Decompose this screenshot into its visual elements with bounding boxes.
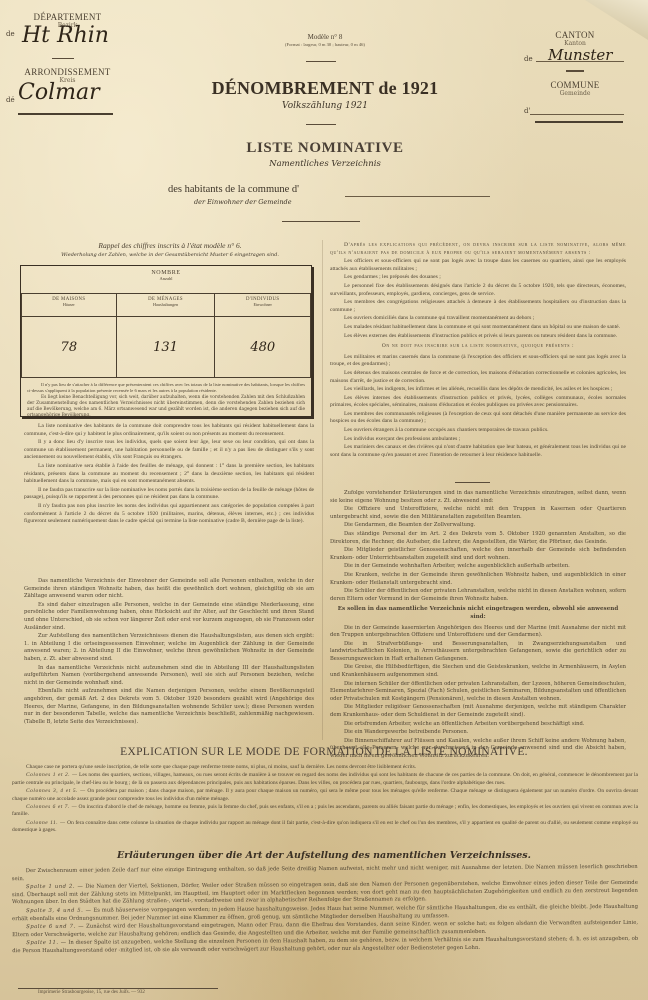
- commune-block: COMMUNE Gemeinde: [525, 80, 625, 97]
- explanation-text: Les noms des quartiers, sections, villag…: [12, 772, 638, 785]
- paragraph: Die Greise, die Hilfsbedürftigen, die Si…: [330, 664, 626, 679]
- paragraph: In das namentliche Verzeichnis nicht auf…: [24, 665, 314, 688]
- departement-label: DÉPARTEMENT: [20, 12, 115, 22]
- explanation-paragraph: Colonne 11. — On fera connaître dans cet…: [12, 820, 638, 835]
- explanation-text: On fera connaître dans cette colonne la …: [12, 820, 638, 833]
- paragraph: Les vieillards, les indigents, les infir…: [330, 386, 626, 394]
- column-reference: Colonnes 6 et 7. —: [26, 804, 77, 810]
- explanation-paragraph: Spalte 11. — In dieser Spalte ist anzuge…: [12, 936, 638, 956]
- rappel-box: NOMBRE Anzahl DE MAISONSHäuserDE MÉNAGES…: [20, 265, 312, 417]
- left-german-text: Das namentliche Verzeichnis der Einwohne…: [24, 578, 314, 727]
- paragraph: Die Mitglieder geistlicher Genossenschaf…: [330, 547, 626, 562]
- divider: [18, 988, 218, 989]
- commune-sublabel: Gemeinde: [525, 90, 625, 97]
- column-reference: Colonnes 3, 4 et 5. —: [26, 788, 86, 794]
- paragraph: Die Offiziere und Unteroffiziere, welche…: [330, 506, 626, 521]
- rappel-value-cell[interactable]: 131: [116, 317, 215, 378]
- paragraph: Il ne faudra pas transcrire sur la liste…: [24, 487, 314, 502]
- paragraph: Die Schüler der öffentlichen oder privat…: [330, 588, 626, 603]
- paragraph: Les malades résidant habituellement dans…: [330, 324, 626, 332]
- right-intro-german: Zufolge vorstehender Erläuterungen sind …: [330, 490, 626, 505]
- explanation-paragraph: Colonnes 1 et 2. — Les noms des quartier…: [12, 772, 638, 787]
- paragraph: Die in der Gemeinde kasernierten Angehör…: [330, 625, 626, 640]
- paragraph: Les élèves internes des établissements d…: [330, 395, 626, 410]
- explanation-text: Die Namen der Viertel, Sektionen, Dörfer…: [12, 880, 638, 906]
- rappel-note-fr: Il n'y pas lieu de s'attacher à la diffé…: [27, 382, 305, 394]
- right-intro: D'après les explications qui précèdent, …: [330, 242, 626, 257]
- rappel-column-header: DE MAISONSHäuser: [22, 294, 117, 317]
- rappel-value[interactable]: 78: [61, 340, 78, 355]
- page-title-german: Volkszählung 1921: [200, 101, 450, 111]
- paragraph: Les individus exerçant des professions a…: [330, 436, 626, 444]
- divider: [566, 70, 584, 72]
- arrondissement-prefix: dé: [6, 96, 15, 104]
- explication-text: Chaque case ne portera qu'une seule insc…: [12, 764, 638, 836]
- divider: [18, 113, 113, 115]
- explanation-paragraph: Chaque case ne portera qu'une seule insc…: [12, 764, 638, 771]
- paragraph: La liste nominative des habitants de la …: [24, 423, 314, 438]
- canton-prefix: de: [524, 55, 533, 63]
- divider: [282, 221, 360, 222]
- habitants-label-german: der Einwohner der Gemeinde: [194, 198, 292, 206]
- explanation-text: Chaque case ne portera qu'une seule insc…: [26, 764, 416, 770]
- arrondissement-label: ARRONDISSEMENT: [20, 67, 115, 77]
- include-list: Les officiers et sous-officiers qui ne s…: [330, 258, 626, 340]
- column-reference: Spalte 1 und 2. —: [26, 884, 84, 890]
- paragraph: Les membres des communautés religieuses …: [330, 411, 626, 426]
- paragraph: Les mariniers des canaux et des rivières…: [330, 444, 626, 459]
- column-reference: Spalte 11. —: [26, 940, 66, 946]
- paragraph: Les détenus des maisons centrales de for…: [330, 370, 626, 385]
- paragraph: Les ouvriers étrangers à la commune occu…: [330, 427, 626, 435]
- canton-label: CANTON: [525, 30, 625, 40]
- nombre-header: NOMBRE Anzahl: [22, 266, 311, 294]
- right-french-text: D'après les explications qui précèdent, …: [330, 242, 626, 460]
- departement-prefix: de: [6, 30, 15, 38]
- paragraph: Die Kranken, welche in der Gemeinde ihre…: [330, 572, 626, 587]
- divider: [535, 121, 623, 123]
- explanation-paragraph: Colonnes 6 et 7. — On inscrira d'abord l…: [12, 804, 638, 819]
- exclude-list: Les militaires et marins casernés dans l…: [330, 354, 626, 460]
- rappel-value[interactable]: 131: [153, 340, 178, 355]
- paragraph: Die ein Wandergewerbe betreibende Person…: [330, 729, 626, 737]
- paragraph: Zur Aufstellung des namentlichen Verzeic…: [24, 633, 314, 663]
- modele-label: Modèle n° 8: [200, 33, 450, 41]
- arrondissement-value[interactable]: Colmar: [18, 80, 100, 105]
- paragraph: Ebenfalls nicht aufzunehmen sind die Nam…: [24, 688, 314, 726]
- habitants-label: des habitants de la commune d': [168, 184, 299, 195]
- divider: [306, 124, 336, 125]
- modele-format: (Format : largeur, 0 m 30 ; hauteur, 0 m…: [200, 42, 450, 47]
- divider: [306, 61, 336, 62]
- paper-crease: [322, 240, 323, 740]
- liste-title-german: Namentliches Verzeichnis: [200, 159, 450, 169]
- paragraph: Il y a donc lieu d'y inscrire tous les i…: [24, 439, 314, 462]
- modele-block: Modèle n° 8 (Format : largeur, 0 m 30 ; …: [200, 33, 450, 47]
- explanation-text: Der Zwischenraum einer jeden Zeile darf …: [12, 864, 638, 882]
- rappel-note-de: Es liegt keine Benachteiligung vor, sich…: [27, 395, 305, 419]
- explanation-paragraph: Colonnes 3, 4 et 5. — On procédera par m…: [12, 788, 638, 803]
- exclude-title: On ne doit pas inscrire sur la liste nom…: [330, 343, 626, 351]
- liste-title: LISTE NOMINATIVE: [150, 140, 500, 157]
- rappel-notes: Il n'y pas lieu de s'attacher à la diffé…: [21, 378, 311, 419]
- paragraph: Die in der Gemeinde wohnhaften Arbeiter,…: [330, 563, 626, 571]
- paragraph: Das namentliche Verzeichnis der Einwohne…: [24, 578, 314, 601]
- paragraph: Es sind daher einzutragen alle Personen,…: [24, 602, 314, 632]
- paragraph: Les militaires et marins casernés dans l…: [330, 354, 626, 369]
- paragraph: Le personnel fixe des établissements dés…: [330, 283, 626, 298]
- paragraph: Les officiers et sous-officiers qui ne s…: [330, 258, 626, 273]
- divider: [52, 58, 74, 59]
- departement-value[interactable]: Ht Rhin: [22, 23, 109, 48]
- column-reference: Colonne 11. —: [26, 820, 66, 826]
- printer-imprint: Imprimerie Strasbourgeoise, 15, rue des …: [38, 990, 145, 995]
- explanation-text: On procédera par maison ; dans chaque ma…: [12, 788, 638, 801]
- paragraph: Il n'y faudra pas non plus inscrire les …: [24, 503, 314, 526]
- column-reference: Spalte 3, 4 und 5. —: [26, 908, 92, 914]
- liste-commune-field[interactable]: [345, 196, 490, 197]
- commune-field[interactable]: [530, 114, 624, 115]
- paragraph: Das ständige Personal der im Art. 2 des …: [330, 531, 626, 546]
- paragraph: La liste nominative sera établie à l'aid…: [24, 463, 314, 486]
- rappel-value-cell[interactable]: 480: [215, 317, 311, 378]
- nombre-label-german: Anzahl: [23, 276, 310, 281]
- commune-label: COMMUNE: [525, 80, 625, 90]
- paragraph: Die Gendarmen, die Beamten der Zollverwa…: [330, 522, 626, 530]
- column-reference: Colonnes 1 et 2. —: [26, 772, 78, 778]
- column-reference: Spalte 6 und 7. —: [26, 924, 84, 930]
- exclude-title-german: Es sollen in das namentliche Verzeichnis…: [330, 606, 626, 621]
- rappel-title-german: Wiederholung der Zahlen, welche in der G…: [20, 252, 320, 258]
- paragraph: Les ouvriers domiciliés dans la commune …: [330, 315, 626, 323]
- paragraph: Die in Strafverbüßungs- und Besserungsan…: [330, 641, 626, 664]
- census-form-page: DÉPARTEMENT Bezirk de Ht Rhin ARRONDISSE…: [0, 0, 648, 1000]
- erlaeuterungen-title: Erläuterungen über die Art der Aufstellu…: [40, 850, 608, 861]
- rappel-table: NOMBRE Anzahl DE MAISONSHäuserDE MÉNAGES…: [21, 266, 311, 378]
- rappel-value-cell[interactable]: 78: [22, 317, 117, 378]
- include-list-german: Die Offiziere und Unteroffiziere, welche…: [330, 506, 626, 603]
- rappel-value[interactable]: 480: [250, 340, 275, 355]
- paragraph: Les membres des congrégations religieuse…: [330, 299, 626, 314]
- divider: [455, 482, 490, 483]
- canton-value[interactable]: Munster: [548, 46, 612, 64]
- paragraph: Les élèves externes des établissements d…: [330, 333, 626, 341]
- explanation-text: On inscrira d'abord le chef de ménage, h…: [12, 804, 638, 817]
- paragraph: Die ortsfremden Arbeiter, welche an öffe…: [330, 721, 626, 729]
- explanation-paragraph: Spalte 1 und 2. — Die Namen der Viertel,…: [12, 880, 638, 907]
- column-label-german: Einwohner: [216, 302, 309, 307]
- left-french-text: La liste nominative des habitants de la …: [24, 423, 314, 527]
- paragraph: Die Mitglieder religiöser Genossenschaft…: [330, 704, 626, 719]
- rappel-title: Rappel des chiffres inscrits à l'état mo…: [20, 241, 320, 250]
- page-title: DÉNOMBREMENT de 1921: [150, 78, 500, 99]
- rappel-column-header: D'INDIVIDUSEinwohner: [215, 294, 311, 317]
- column-label-german: Haushaltungen: [118, 302, 214, 307]
- rappel-column-header: DE MÉNAGESHaushaltungen: [116, 294, 215, 317]
- right-german-text: Zufolge vorstehender Erläuterungen sind …: [330, 490, 626, 762]
- explication-title: EXPLICATION SUR LE MODE DE FORMATION DE …: [40, 746, 608, 758]
- canton-block: CANTON Kanton: [525, 30, 625, 47]
- paragraph: Die internen Schüler der öffentlichen od…: [330, 681, 626, 704]
- column-label-german: Häuser: [23, 302, 115, 307]
- exclude-list-german: Die in der Gemeinde kasernierten Angehör…: [330, 625, 626, 761]
- paragraph: Les gendarmes ; les préposés des douanes…: [330, 274, 626, 282]
- erlaeuterungen-text: Der Zwischenraum einer jeden Zeile darf …: [12, 864, 639, 957]
